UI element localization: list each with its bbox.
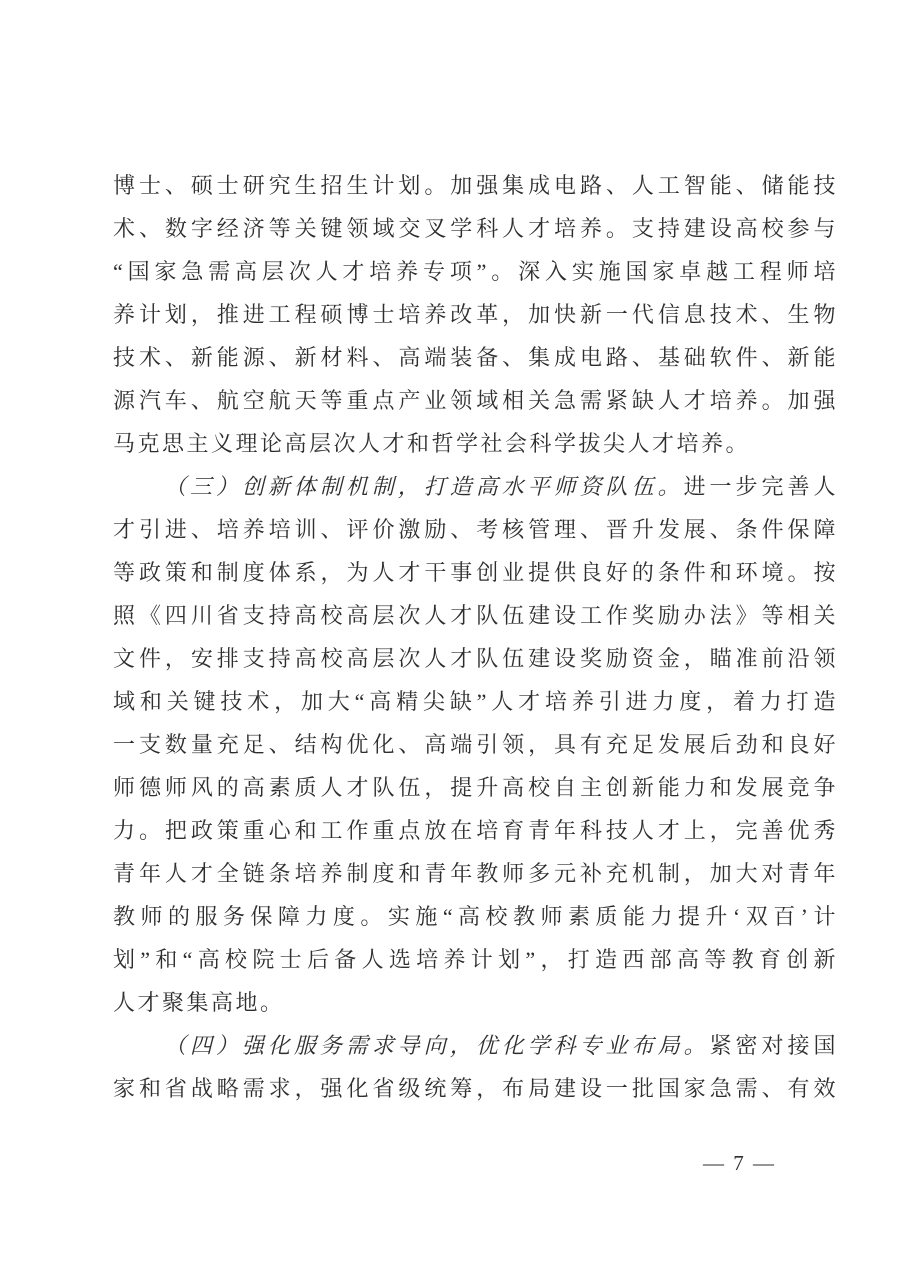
para-section-4-discipline-layout: （四）强化服务需求导向，优化学科专业布局。紧密对接国家和省战略需求，强化省级统筹… xyxy=(113,1024,838,1110)
document-page: 博士、硕士研究生招生计划。加强集成电路、人工智能、储能技术、数字经济等关键领域交… xyxy=(0,0,910,1286)
body-text: 源汽车、航空航天等重点产业领域相关急需紧缺人才培养。加强 xyxy=(113,388,838,413)
text-line: 等政策和制度体系，为人才干事创业提供良好的条件和环境。按 xyxy=(113,551,838,594)
para-section-3-innovate-system-teacher-workforce: （三）创新体制机制，打造高水平师资队伍。进一步完善人才引进、培养培训、评价激励、… xyxy=(113,465,838,1024)
body-text: 术、数字经济等关键领域交叉学科人才培养。支持建设高校参与 xyxy=(113,216,838,241)
text-line: 一支数量充足、结构优化、高端引领，具有充足发展后劲和良好 xyxy=(113,723,838,766)
body-text: 马克思主义理论高层次人才和哲学社会科学拔尖人才培养。 xyxy=(113,431,750,456)
body-text: 一支数量充足、结构优化、高端引领，具有充足发展后劲和良好 xyxy=(113,732,838,757)
text-line: 文件，安排支持高校高层次人才队伍建设奖励资金，瞄准前沿领 xyxy=(113,637,838,680)
document-body: 博士、硕士研究生招生计划。加强集成电路、人工智能、储能技术、数字经济等关键领域交… xyxy=(113,164,838,1110)
body-text: 划”和“高校院士后备人选培养计划”，打造西部高等教育创新 xyxy=(113,947,838,972)
page-number: — 7 — xyxy=(703,1146,776,1180)
text-line: 马克思主义理论高层次人才和哲学社会科学拔尖人才培养。 xyxy=(113,422,838,465)
text-line: 域和关键技术，加大“高精尖缺”人才培养引进力度，着力打造 xyxy=(113,680,838,723)
text-line: 才引进、培养培训、评价激励、考核管理、晋升发展、条件保障 xyxy=(113,508,838,551)
body-text: 才引进、培养培训、评价激励、考核管理、晋升发展、条件保障 xyxy=(113,517,838,542)
body-text: 师德师风的高素质人才队伍，提升高校自主创新能力和发展竞争 xyxy=(113,775,838,800)
text-line: 博士、硕士研究生招生计划。加强集成电路、人工智能、储能技 xyxy=(113,164,838,207)
body-text: 照《四川省支持高校高层次人才队伍建设工作奖励办法》等相关 xyxy=(113,603,838,628)
body-text: 紧密对接国 xyxy=(710,1033,838,1058)
text-line: 师德师风的高素质人才队伍，提升高校自主创新能力和发展竞争 xyxy=(113,766,838,809)
body-text: 青年人才全链条培养制度和青年教师多元补充机制，加大对青年 xyxy=(113,861,838,886)
body-text: 家和省战略需求，强化省级统筹，布局建设一批国家急需、有效 xyxy=(113,1076,838,1101)
text-line: 力。把政策重心和工作重点放在培育青年科技人才上，完善优秀 xyxy=(113,809,838,852)
body-text: 人才聚集高地。 xyxy=(113,990,285,1015)
text-line: 划”和“高校院士后备人选培养计划”，打造西部高等教育创新 xyxy=(113,938,838,981)
para-talent-cultivation-continuation: 博士、硕士研究生招生计划。加强集成电路、人工智能、储能技术、数字经济等关键领域交… xyxy=(113,164,838,465)
text-line: “国家急需高层次人才培养专项”。深入实施国家卓越工程师培 xyxy=(113,250,838,293)
section-heading-text: （三）创新体制机制，打造高水平师资队伍。 xyxy=(164,474,684,499)
text-line: （四）强化服务需求导向，优化学科专业布局。紧密对接国 xyxy=(113,1024,838,1067)
text-line: 照《四川省支持高校高层次人才队伍建设工作奖励办法》等相关 xyxy=(113,594,838,637)
text-line: 教师的服务保障力度。实施“高校教师素质能力提升‘双百’计 xyxy=(113,895,838,938)
body-text: 进一步完善人 xyxy=(684,474,838,499)
text-line: （三）创新体制机制，打造高水平师资队伍。进一步完善人 xyxy=(113,465,838,508)
body-text: 技术、新能源、新材料、高端装备、集成电路、基础软件、新能 xyxy=(113,345,838,370)
body-text: 养计划，推进工程硕博士培养改革，加快新一代信息技术、生物 xyxy=(113,302,838,327)
text-line: 青年人才全链条培养制度和青年教师多元补充机制，加大对青年 xyxy=(113,852,838,895)
section-heading-text: （四）强化服务需求导向，优化学科专业布局。 xyxy=(164,1033,710,1058)
text-line: 家和省战略需求，强化省级统筹，布局建设一批国家急需、有效 xyxy=(113,1067,838,1110)
text-line: 术、数字经济等关键领域交叉学科人才培养。支持建设高校参与 xyxy=(113,207,838,250)
body-text: “国家急需高层次人才培养专项”。深入实施国家卓越工程师培 xyxy=(113,259,838,284)
text-line: 技术、新能源、新材料、高端装备、集成电路、基础软件、新能 xyxy=(113,336,838,379)
body-text: 文件，安排支持高校高层次人才队伍建设奖励资金，瞄准前沿领 xyxy=(113,646,838,671)
body-text: 等政策和制度体系，为人才干事创业提供良好的条件和环境。按 xyxy=(113,560,838,585)
text-line: 养计划，推进工程硕博士培养改革，加快新一代信息技术、生物 xyxy=(113,293,838,336)
body-text: 域和关键技术，加大“高精尖缺”人才培养引进力度，着力打造 xyxy=(113,689,838,714)
body-text: 教师的服务保障力度。实施“高校教师素质能力提升‘双百’计 xyxy=(113,904,838,929)
text-line: 源汽车、航空航天等重点产业领域相关急需紧缺人才培养。加强 xyxy=(113,379,838,422)
text-line: 人才聚集高地。 xyxy=(113,981,838,1024)
body-text: 力。把政策重心和工作重点放在培育青年科技人才上，完善优秀 xyxy=(113,818,838,843)
body-text: 博士、硕士研究生招生计划。加强集成电路、人工智能、储能技 xyxy=(113,173,838,198)
